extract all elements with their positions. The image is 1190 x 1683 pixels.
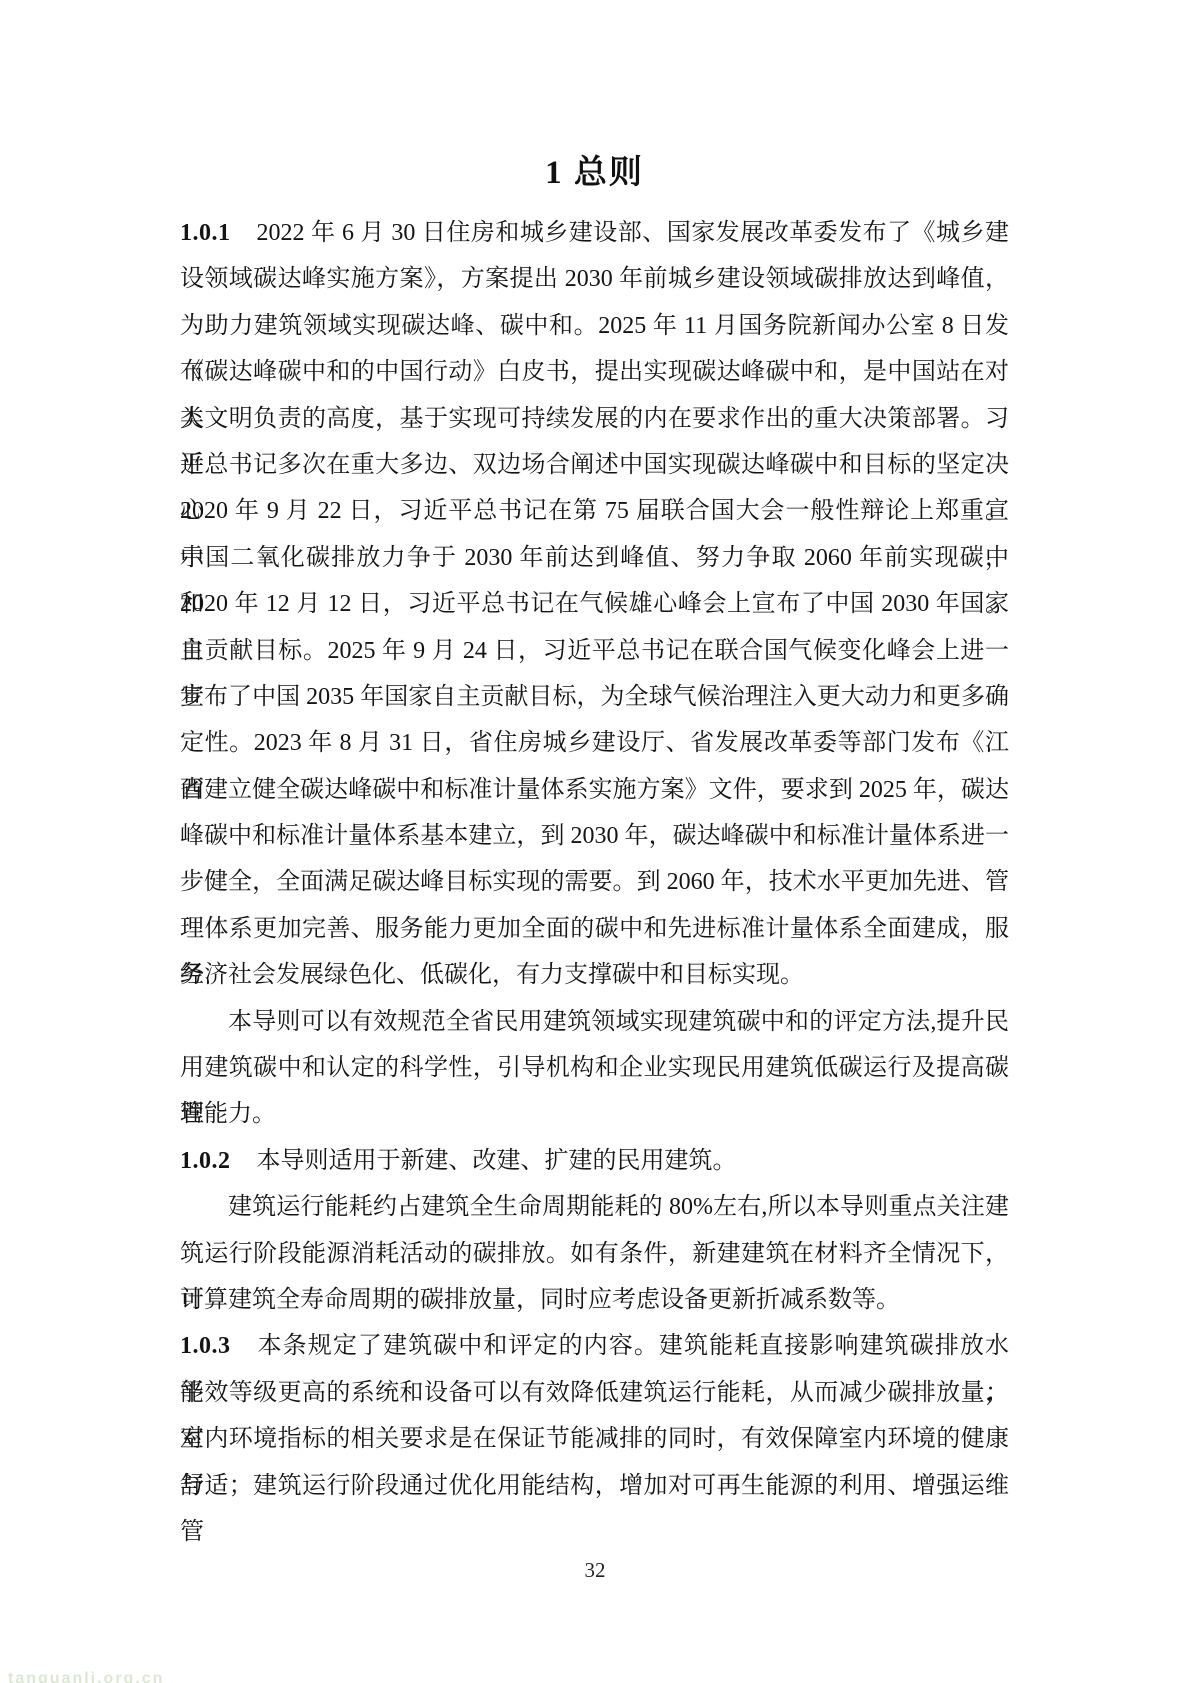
text-line: 理体系更加完善、服务能力更加全面的碳中和先进标准计量体系全面建成，服务: [180, 906, 1009, 952]
text-line: 1.0.2本导则适用于新建、改建、扩建的民用建筑。: [180, 1138, 1009, 1184]
text-line: 宣布了中国 2035 年国家自主贡献目标，为全球气候治理注入更大动力和更多确: [180, 674, 1009, 720]
text-line: 建筑运行能耗约占建筑全生命周期能耗的 80%左右,所以本导则重点关注建: [180, 1184, 1009, 1230]
text-line: 能效等级更高的系统和设备可以有效降低建筑运行能耗，从而减少碳排放量；对: [180, 1370, 1009, 1416]
text-line: 定性。2023 年 8 月 31 日，省住房城乡建设厅、省发展改革委等部门发布《…: [180, 720, 1009, 766]
text-line: 理能力。: [180, 1091, 1009, 1137]
text-line: 1.0.3本条规定了建筑碳中和评定的内容。建筑能耗直接影响建筑碳排放水平，: [180, 1323, 1009, 1369]
text-line: 室内环境指标的相关要求是在保证节能减排的同时，有效保障室内环境的健康与: [180, 1416, 1009, 1462]
text-line: 2020 年 12 月 12 日，习近平总书记在气候雄心峰会上宣布了中国 203…: [180, 581, 1009, 627]
clause-number: 1.0.2: [180, 1148, 231, 1174]
watermark-text: tanguanli.org.cn: [8, 1670, 164, 1683]
text-line: 舒适；建筑运行阶段通过优化用能结构，增加对可再生能源的利用、增强运维管: [180, 1463, 1009, 1509]
text-line: 1.0.12022 年 6 月 30 日住房和城乡建设部、国家发展改革委发布了《…: [180, 210, 1009, 256]
clause-number: 1.0.3: [180, 1333, 231, 1359]
text-line: 设领域碳达峰实施方案》，方案提出 2030 年前城乡建设领域碳排放达到峰值，: [180, 256, 1009, 302]
document-page: 1 总则 1.0.12022 年 6 月 30 日住房和城乡建设部、国家发展改革…: [0, 0, 1190, 1683]
page-title: 1 总则: [180, 150, 1009, 196]
text-line: 中国二氧化碳排放力争于 2030 年前达到峰值、努力争取 2060 年前实现碳中…: [180, 535, 1009, 581]
document-content: 1 总则 1.0.12022 年 6 月 30 日住房和城乡建设部、国家发展改革…: [180, 150, 1009, 1509]
text-line: 步健全，全面满足碳达峰目标实现的需要。到 2060 年，技术水平更加先进、管: [180, 859, 1009, 905]
text-line: 峰碳中和标准计量体系基本建立，到 2030 年，碳达峰碳中和标准计量体系进一: [180, 813, 1009, 859]
text-line: 主贡献目标。2025 年 9 月 24 日，习近平总书记在联合国气候变化峰会上进…: [180, 628, 1009, 674]
text-line: 省建立健全碳达峰碳中和标准计量体系实施方案》文件，要求到 2025 年，碳达: [180, 767, 1009, 813]
text-line: 为助力建筑领域实现碳达峰、碳中和。2025 年 11 月国务院新闻办公室 8 日…: [180, 303, 1009, 349]
text-line: 计算建筑全寿命周期的碳排放量，同时应考虑设备更新折减系数等。: [180, 1277, 1009, 1323]
clause-number: 1.0.1: [180, 220, 231, 246]
page-number: 32: [0, 1558, 1190, 1583]
text-line: 筑运行阶段能源消耗活动的碳排放。如有条件，新建建筑在材料齐全情况下，可: [180, 1231, 1009, 1277]
text-line: 用建筑碳中和认定的科学性，引导机构和企业实现民用建筑低碳运行及提高碳管: [180, 1045, 1009, 1091]
text-line: 经济社会发展绿色化、低碳化，有力支撑碳中和目标实现。: [180, 952, 1009, 998]
text-line: 本导则可以有效规范全省民用建筑领域实现建筑碳中和的评定方法,提升民: [180, 999, 1009, 1045]
text-line: 2020 年 9 月 22 日，习近平总书记在第 75 届联合国大会一般性辩论上…: [180, 488, 1009, 534]
text-line: 类文明负责的高度，基于实现可持续发展的内在要求作出的重大决策部署。习近: [180, 396, 1009, 442]
document-lines: 1.0.12022 年 6 月 30 日住房和城乡建设部、国家发展改革委发布了《…: [180, 210, 1009, 1509]
text-line: 《碳达峰碳中和的中国行动》白皮书，提出实现碳达峰碳中和，是中国站在对人: [180, 349, 1009, 395]
text-line: 平总书记多次在重大多边、双边场合阐述中国实现碳达峰碳中和目标的坚定决心。: [180, 442, 1009, 488]
